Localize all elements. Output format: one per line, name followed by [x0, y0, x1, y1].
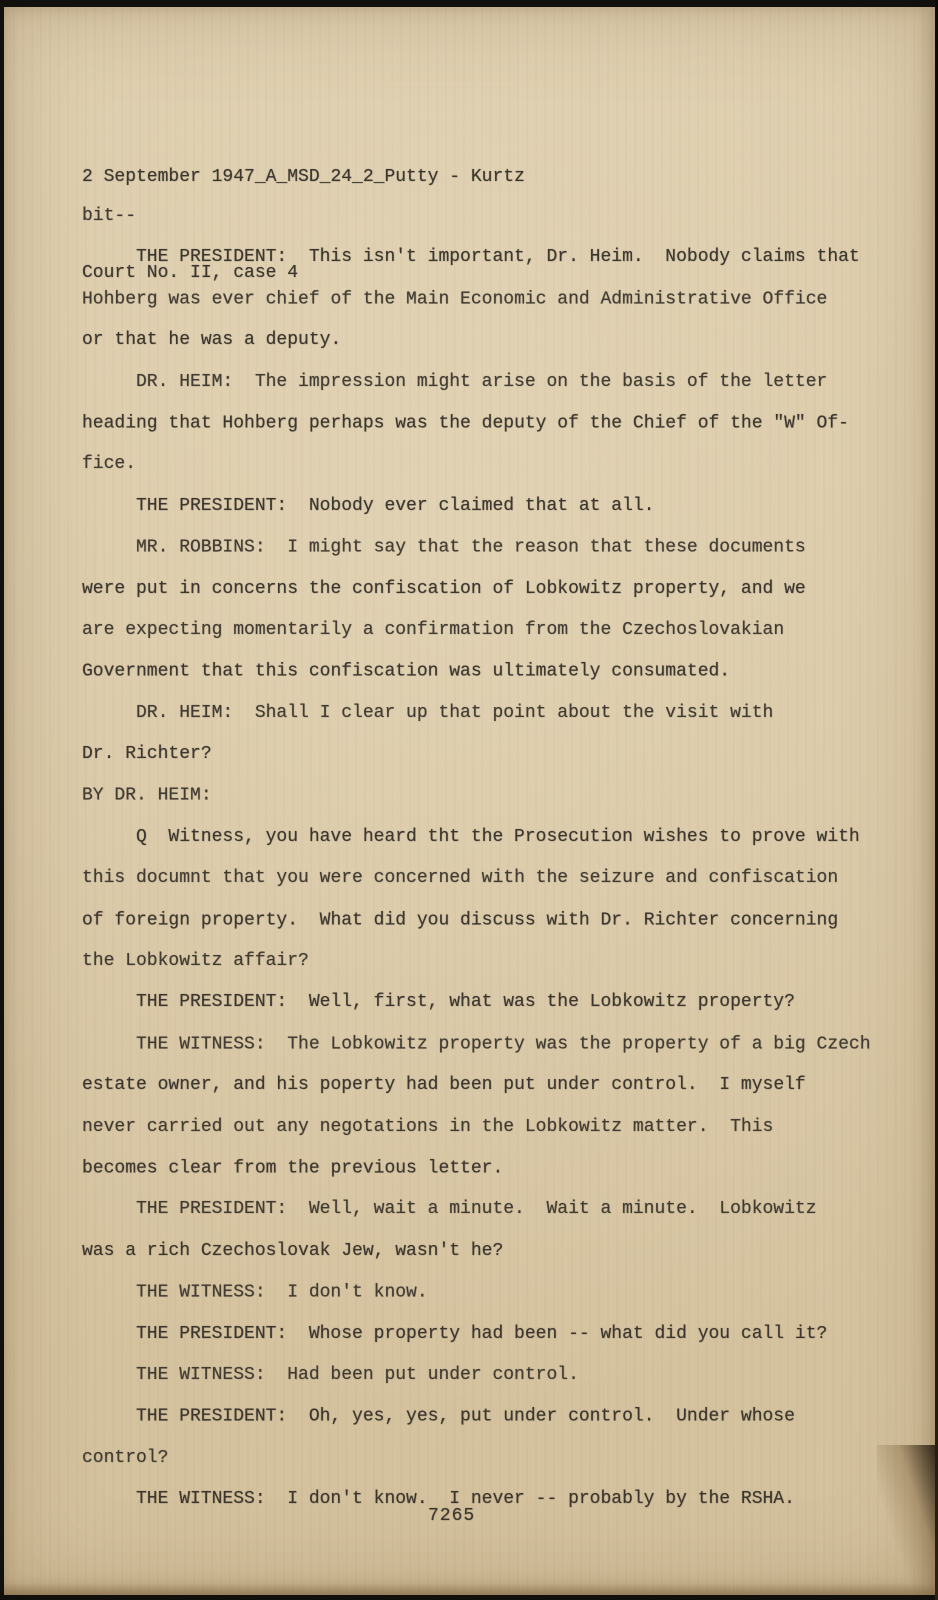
- transcript-line: THE PRESIDENT: This isn't important, Dr.…: [82, 237, 894, 278]
- transcript-line: or that he was a deputy.: [82, 320, 894, 361]
- transcript-line: THE WITNESS: Had been put under control.: [82, 1355, 894, 1396]
- transcript-line: never carried out any negotations in the…: [82, 1107, 894, 1148]
- transcript-body: bit--THE PRESIDENT: This isn't important…: [82, 196, 894, 1521]
- transcript-line: of foreign property. What did you discus…: [82, 900, 894, 941]
- transcript-line: THE PRESIDENT: Well, wait a minute. Wait…: [82, 1189, 894, 1230]
- transcript-line: the Lobkowitz affair?: [82, 941, 894, 982]
- page-number: 7265: [428, 1505, 475, 1527]
- header-dateline: 2 September 1947_A_MSD_24_2_Putty - Kurt…: [82, 161, 525, 193]
- document-page: 2 September 1947_A_MSD_24_2_Putty - Kurt…: [4, 7, 935, 1595]
- transcript-line: THE WITNESS: The Lobkowitz property was …: [82, 1024, 894, 1065]
- transcript-line: becomes clear from the previous letter.: [82, 1148, 894, 1189]
- transcript-line: THE PRESIDENT: Oh, yes, yes, put under c…: [82, 1397, 894, 1438]
- transcript-line: THE WITNESS: I don't know. I never -- pr…: [82, 1479, 894, 1520]
- transcript-line: estate owner, and his poperty had been p…: [82, 1065, 894, 1106]
- transcript-line: Dr. Richter?: [82, 734, 894, 775]
- transcript-line: bit--: [82, 196, 894, 237]
- transcript-line: are expecting momentarily a confirmation…: [82, 610, 894, 651]
- transcript-line: THE PRESIDENT: Nobody ever claimed that …: [82, 486, 894, 527]
- transcript-line: heading that Hohberg perhaps was the dep…: [82, 403, 894, 444]
- transcript-line: BY DR. HEIM:: [82, 776, 894, 817]
- transcript-line: DR. HEIM: Shall I clear up that point ab…: [82, 693, 894, 734]
- transcript-line: control?: [82, 1438, 894, 1479]
- transcript-line: this documnt that you were concerned wit…: [82, 858, 894, 899]
- transcript-line: was a rich Czechoslovak Jew, wasn't he?: [82, 1231, 894, 1272]
- transcript-line: THE WITNESS: I don't know.: [82, 1273, 894, 1314]
- transcript-line: were put in concerns the confiscation of…: [82, 569, 894, 610]
- transcript-line: DR. HEIM: The impression might arise on …: [82, 362, 894, 403]
- transcript-line: Government that this confiscation was ul…: [82, 652, 894, 693]
- transcript-line: THE PRESIDENT: Well, first, what was the…: [82, 982, 894, 1023]
- transcript-line: MR. ROBBINS: I might say that the reason…: [82, 528, 894, 569]
- transcript-line: Q Witness, you have heard tht the Prosec…: [82, 817, 894, 858]
- transcript-line: fice.: [82, 444, 894, 485]
- scanned-document: 2 September 1947_A_MSD_24_2_Putty - Kurt…: [0, 0, 938, 1600]
- transcript-line: THE PRESIDENT: Whose property had been -…: [82, 1314, 894, 1355]
- transcript-line: Hohberg was ever chief of the Main Econo…: [82, 279, 894, 320]
